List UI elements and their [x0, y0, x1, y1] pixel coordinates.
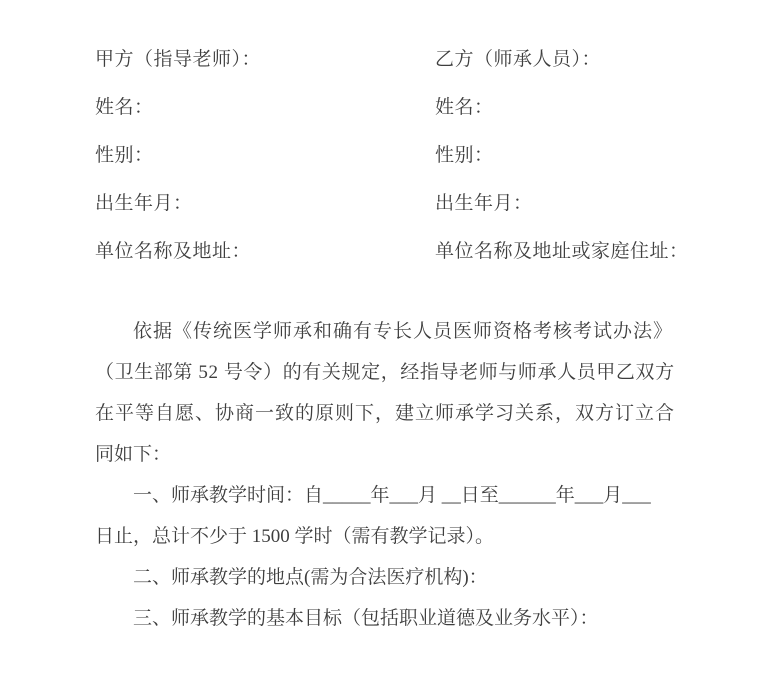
party-info-section: 甲方（指导老师）： 姓名： 性别： 出生年月： 单位名称及地址： 乙方（师承人员…: [0, 0, 770, 276]
clause-2-teaching-location: 二、师承教学的地点(需为合法医疗机构)：: [95, 557, 675, 598]
clause-1-continued-hours: 日止，总计不少于 1500 学时（需有教学记录）。: [95, 516, 675, 557]
party-a-column: 甲方（指导老师）： 姓名： 性别： 出生年月： 单位名称及地址：: [95, 36, 435, 276]
intro-line-principles: 在平等自愿、协商一致的原则下，建立师承学习关系，双方订立合: [95, 393, 675, 434]
intro-line-as-follows: 同如下：: [95, 434, 675, 475]
party-a-gender-label: 性别：: [95, 132, 435, 180]
party-b-gender-label: 性别：: [435, 132, 770, 180]
party-b-birthdate-label: 出生年月：: [435, 180, 770, 228]
intro-line-decree-number: （卫生部第 52 号令）的有关规定，经指导老师与师承人员甲乙双方: [95, 352, 675, 393]
contract-document-page: 甲方（指导老师）： 姓名： 性别： 出生年月： 单位名称及地址： 乙方（师承人员…: [0, 0, 770, 676]
party-a-birthdate-label: 出生年月：: [95, 180, 435, 228]
contract-body: 依据《传统医学师承和确有专长人员医师资格考核考试办法》 （卫生部第 52 号令）…: [95, 311, 675, 639]
party-b-column: 乙方（师承人员）： 姓名： 性别： 出生年月： 单位名称及地址或家庭住址：: [435, 36, 770, 276]
party-b-address-label: 单位名称及地址或家庭住址：: [435, 228, 770, 276]
party-b-name-label: 姓名：: [435, 84, 770, 132]
party-a-address-label: 单位名称及地址：: [95, 228, 435, 276]
party-b-title: 乙方（师承人员）：: [435, 36, 770, 84]
clause-3-teaching-goals: 三、师承教学的基本目标（包括职业道德及业务水平）：: [95, 598, 675, 639]
clause-1-teaching-time: 一、师承教学时间：自_____年___月 __日至______年___月___: [95, 475, 675, 516]
party-a-title: 甲方（指导老师）：: [95, 36, 435, 84]
party-a-name-label: 姓名：: [95, 84, 435, 132]
intro-line-regulation-title: 依据《传统医学师承和确有专长人员医师资格考核考试办法》: [95, 311, 675, 352]
